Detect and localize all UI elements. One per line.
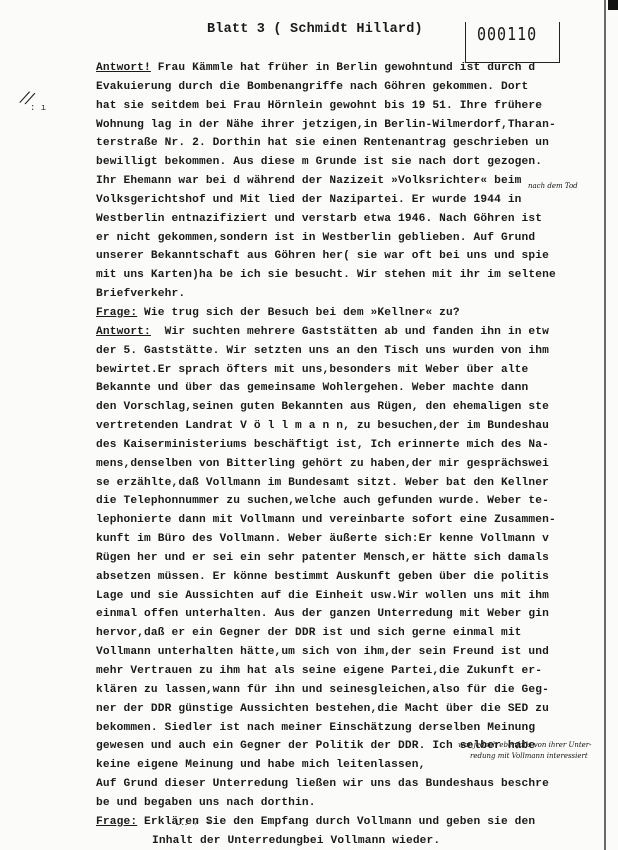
line-text: mit uns Karten)ha be ich sie besucht. Wi… <box>96 269 556 281</box>
text-line: bewirtet.Er sprach öfters mit uns,besond… <box>96 361 616 380</box>
line-text: er nicht gekommen,sondern ist in Westber… <box>96 232 535 244</box>
text-line: er nicht gekommen,sondern ist in Westber… <box>96 229 616 248</box>
text-line: Lage und sie Aussichten auf die Einheit … <box>96 587 616 606</box>
text-line: ner der DDR günstige Aussichten bestehen… <box>96 700 616 719</box>
text-line: Volksgerichtshof und Mit lied der Nazipa… <box>96 191 616 210</box>
line-text: den Vorschlag,seinen guten Bekannten aus… <box>96 401 549 413</box>
text-line: se erzählte,daß Vollmann im Bundesamt si… <box>96 474 616 493</box>
text-line: bewilligt bekommen. Aus diese m Grunde i… <box>96 153 616 172</box>
line-text: Volksgerichtshof und Mit lied der Nazipa… <box>96 194 522 206</box>
line-text: lephonierte dann mit Vollmann und verein… <box>96 514 556 526</box>
text-line: Briefverkehr. <box>96 285 616 304</box>
line-text: absetzen müssen. Er könne bestimmt Ausku… <box>96 571 549 583</box>
line-text: Wir suchten mehrere Gaststätten ab und f… <box>151 326 549 338</box>
line-text: vertretenden Landrat V ö l l m a n n, zu… <box>96 420 549 432</box>
text-line: mens,denselben von Bitterling gehört zu … <box>96 455 616 474</box>
question-label: Frage: <box>96 816 137 828</box>
line-text: die Telephonnummer zu suchen,welche auch… <box>96 495 549 507</box>
line-text: Briefverkehr. <box>96 288 185 300</box>
line-text: kunft im Büro des Vollmann. Weber äußert… <box>96 533 549 545</box>
page-corner-mark <box>608 0 618 10</box>
text-line: Wohnung lag in der Nähe ihrer jetzigen,i… <box>96 116 616 135</box>
line-text: bewirtet.Er sprach öfters mit uns,besond… <box>96 364 528 376</box>
answer-label: Antwort: <box>96 326 151 338</box>
handwritten-note: nach dem Tod <box>528 182 578 190</box>
line-text: Lage und sie Aussichten auf die Einheit … <box>96 590 549 602</box>
text-line: der 5. Gaststätte. Wir setzten uns an de… <box>96 342 616 361</box>
question-label: Frage: <box>96 307 137 319</box>
dialogue-line-start: Antwort: Wir suchten mehrere Gaststätten… <box>96 323 616 342</box>
text-line: be und begaben uns nach dorthin. <box>96 794 616 813</box>
line-text: be und begaben uns nach dorthin. <box>96 797 316 809</box>
answer-label: Antwort! <box>96 62 151 74</box>
text-line: die Telephonnummer zu suchen,welche auch… <box>96 492 616 511</box>
line-text: unserer Bekanntschaft aus Göhren her( si… <box>96 250 549 262</box>
dialogue-line-start: Frage: Erklären Sie den Empfang durch Vo… <box>96 813 616 832</box>
text-line: terstraße Nr. 2. Dorthin hat sie einen R… <box>96 134 616 153</box>
line-text: se erzählte,daß Vollmann im Bundesamt si… <box>96 477 549 489</box>
document-page: // : ı Blatt 3 ( Schmidt Hillard) 000110… <box>0 0 618 850</box>
text-line: Rügen her und er sei ein sehr patenter M… <box>96 549 616 568</box>
line-text: Vollmann unterhalten hätte,um sich von i… <box>96 646 549 658</box>
line-text: des Kaiserministeriums beschäftigt ist, … <box>96 439 549 451</box>
text-line: Bekannte und über das gemeinsame Wohlerg… <box>96 379 616 398</box>
text-line: absetzen müssen. Er könne bestimmt Ausku… <box>96 568 616 587</box>
line-text: Frau Kämmle hat früher in Berlin gewohnt… <box>151 62 535 74</box>
dialogue-line-start: Antwort! Frau Kämmle hat früher in Berli… <box>96 59 616 78</box>
text-line: hat sie seitdem bei Frau Hörnlein gewohn… <box>96 97 616 116</box>
line-text: Inhalt der Unterredungbei Vollmann wiede… <box>152 835 440 847</box>
line-text: bekommen. Siedler ist nach meiner Einsch… <box>96 722 535 734</box>
line-text: bewilligt bekommen. Aus diese m Grunde i… <box>96 156 542 168</box>
line-text: keine eigene Meinung und habe mich leite… <box>96 759 425 771</box>
margin-dots: : ı <box>30 103 46 113</box>
line-text: klären zu lassen,wann für ihn und seines… <box>96 684 549 696</box>
line-text: Ihr Ehemann war bei d während der Nazize… <box>96 175 522 187</box>
line-text: der 5. Gaststätte. Wir setzten uns an de… <box>96 345 549 357</box>
line-text: ner der DDR günstige Aussichten bestehen… <box>96 703 549 715</box>
line-text: Wie trug sich der Besuch bei dem »Kellne… <box>137 307 460 319</box>
line-text: Rügen her und er sei ein sehr patenter M… <box>96 552 549 564</box>
text-line: mit uns Karten)ha be ich sie besucht. Wi… <box>96 266 616 285</box>
text-line: Auf Grund dieser Unterredung ließen wir … <box>96 775 616 794</box>
line-text: hervor,daß er ein Gegner der DDR ist und… <box>96 627 522 639</box>
line-text: mens,denselben von Bitterling gehört zu … <box>96 458 549 470</box>
text-line: lephonierte dann mit Vollmann und verein… <box>96 511 616 530</box>
text-line: klären zu lassen,wann für ihn und seines… <box>96 681 616 700</box>
line-text: Wohnung lag in der Nähe ihrer jetzigen,i… <box>96 119 556 131</box>
text-line: vertretenden Landrat V ö l l m a n n, zu… <box>96 417 616 436</box>
text-line: mehr Vertrauen zu ihm hat als seine eige… <box>96 662 616 681</box>
handwritten-note: redung mit Vollmann interessiert <box>470 752 588 760</box>
text-line: Evakuierung durch die Bombenangriffe nac… <box>96 78 616 97</box>
line-text: terstraße Nr. 2. Dorthin hat sie einen R… <box>96 137 549 149</box>
text-line: den Vorschlag,seinen guten Bekannten aus… <box>96 398 616 417</box>
text-line: Vollmann unterhalten hätte,um sich von i… <box>96 643 616 662</box>
line-text: mehr Vertrauen zu ihm hat als seine eige… <box>96 665 542 677</box>
text-line: unserer Bekanntschaft aus Göhren her( si… <box>96 247 616 266</box>
text-line: des Kaiserministeriums beschäftigt ist, … <box>96 436 616 455</box>
text-line: einmal offen unterhalten. Aus der ganzen… <box>96 605 616 624</box>
text-line: bekommen. Siedler ist nach meiner Einsch… <box>96 719 616 738</box>
handwritten-note: war jedoch ebenfalls von ihrer Unter- <box>458 741 592 749</box>
archive-stamp-number: 000110 <box>477 23 537 45</box>
text-line: hervor,daß er ein Gegner der DDR ist und… <box>96 624 616 643</box>
line-text: einmal offen unterhalten. Aus der ganzen… <box>96 608 549 620</box>
signature-scribble: ʟ‥ ⁄ ‐ <box>175 817 212 829</box>
text-line: Westberlin entnazifiziert und verstarb e… <box>96 210 616 229</box>
text-line: kunft im Büro des Vollmann. Weber äußert… <box>96 530 616 549</box>
line-text: Auf Grund dieser Unterredung ließen wir … <box>96 778 549 790</box>
dialogue-line-start: Frage: Wie trug sich der Besuch bei dem … <box>96 304 616 323</box>
line-text: Westberlin entnazifiziert und verstarb e… <box>96 213 542 225</box>
page-header: Blatt 3 ( Schmidt Hillard) <box>207 22 423 37</box>
transcript-body: Antwort! Frau Kämmle hat früher in Berli… <box>96 59 616 850</box>
line-text: Bekannte und über das gemeinsame Wohlerg… <box>96 382 528 394</box>
line-text: Evakuierung durch die Bombenangriffe nac… <box>96 81 528 93</box>
text-line: Inhalt der Unterredungbei Vollmann wiede… <box>96 832 616 850</box>
line-text: hat sie seitdem bei Frau Hörnlein gewohn… <box>96 100 542 112</box>
